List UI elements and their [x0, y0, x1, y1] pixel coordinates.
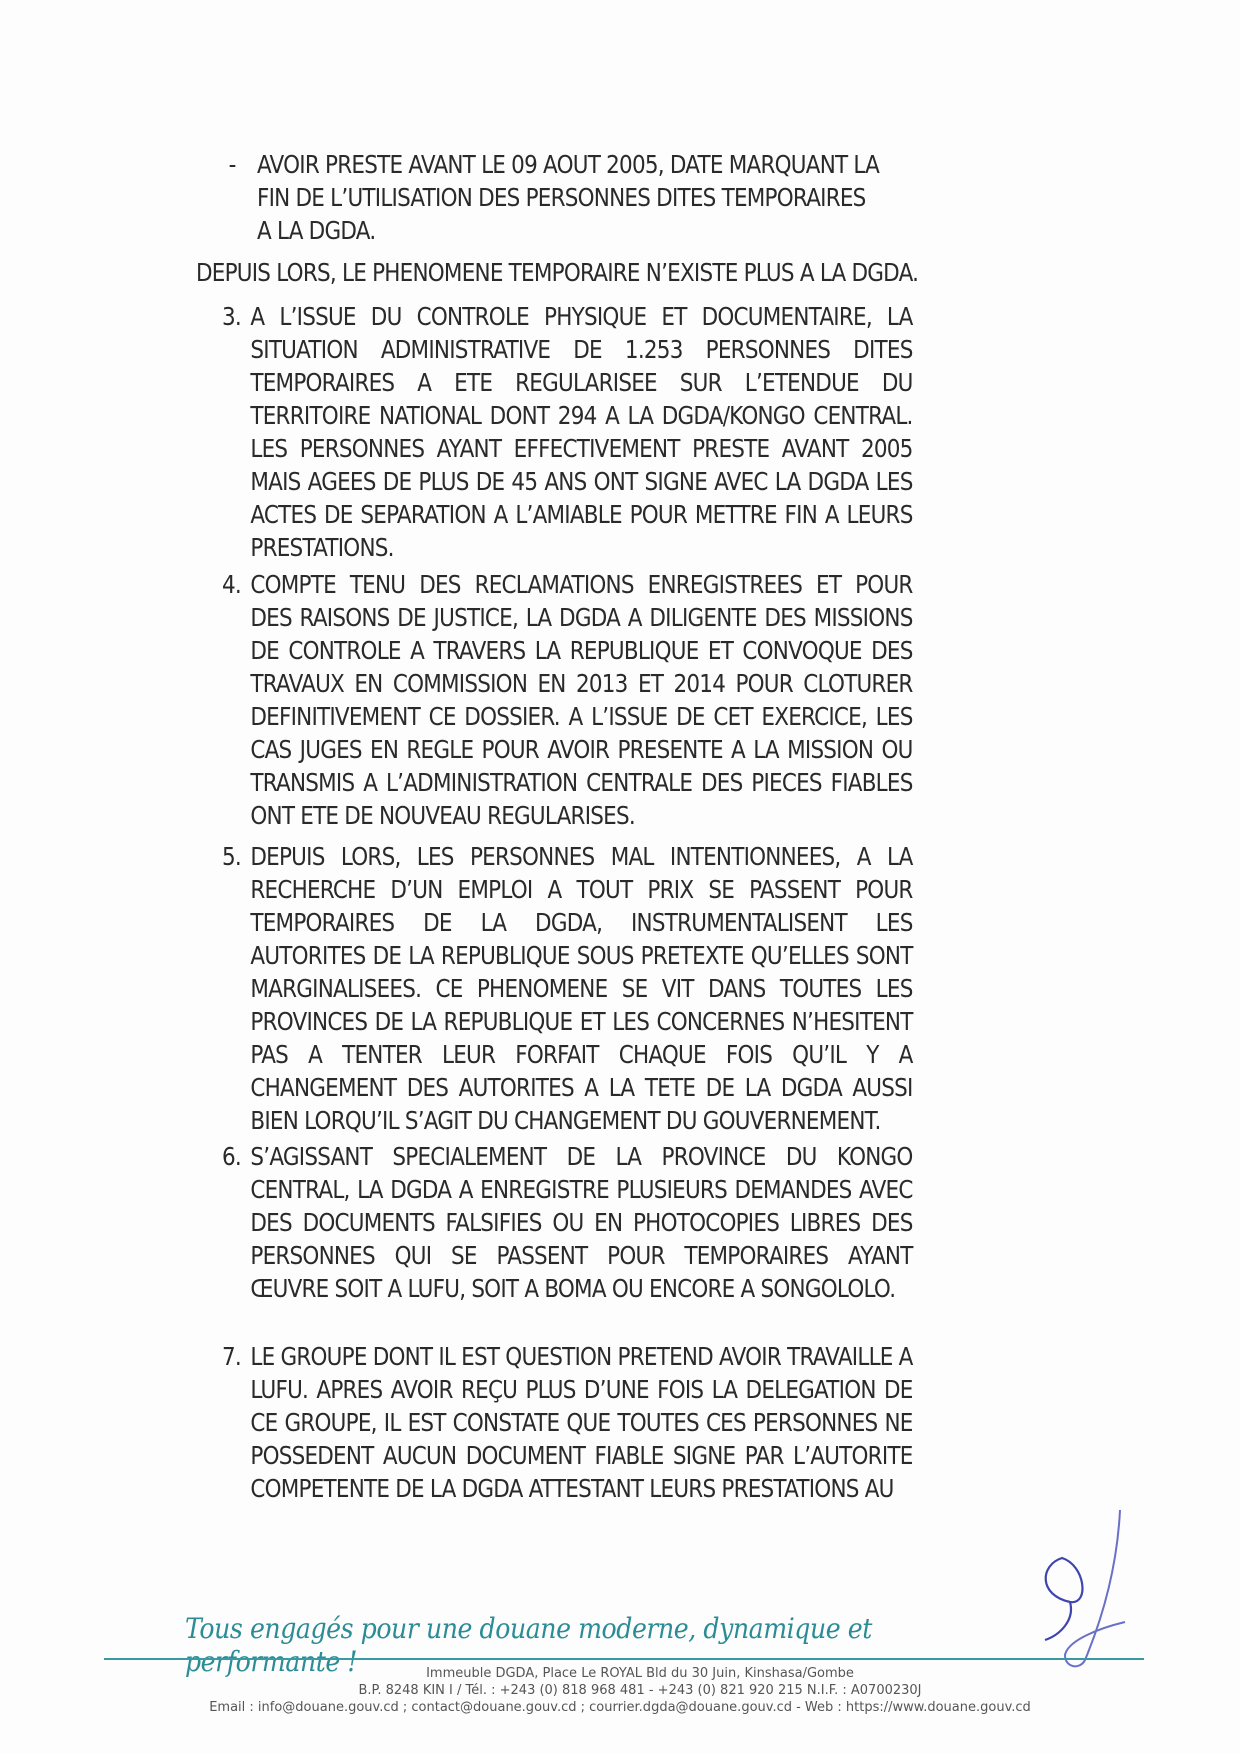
list-item-5: 5. DEPUIS LORS, LES PERSONNES MAL INTENT…	[222, 840, 913, 1137]
bullet-line: FIN DE L’UTILISATION DES PERSONNES DITES…	[257, 181, 919, 214]
list-item-7: 7. LE GROUPE DONT IL EST QUESTION PRETEN…	[222, 1340, 913, 1505]
item-text: DEPUIS LORS, LES PERSONNES MAL INTENTION…	[250, 840, 912, 1137]
list-item-6: 6. S’AGISSANT SPECIALEMENT DE LA PROVINC…	[222, 1140, 913, 1305]
item-number: 6.	[222, 1140, 241, 1173]
item-number: 4.	[222, 568, 241, 601]
footer-divider	[104, 1658, 1144, 1660]
list-item-3: 3. A L’ISSUE DU CONTROLE PHYSIQUE ET DOC…	[222, 300, 913, 564]
bullet-item: - AVOIR PRESTE AVANT LE 09 AOUT 2005, DA…	[257, 148, 919, 247]
item-number: 7.	[222, 1340, 241, 1373]
footer-address: Immeuble DGDA, Place Le ROYAL Bld du 30 …	[0, 1665, 1240, 1682]
footer-phone: B.P. 8248 KIN I / Tél. : +243 (0) 818 96…	[0, 1682, 1240, 1699]
footer-contact: Immeuble DGDA, Place Le ROYAL Bld du 30 …	[0, 1665, 1240, 1716]
item-number: 5.	[222, 840, 241, 873]
document-page: - AVOIR PRESTE AVANT LE 09 AOUT 2005, DA…	[0, 0, 1240, 1753]
list-item-4: 4. COMPTE TENU DES RECLAMATIONS ENREGIST…	[222, 568, 913, 832]
bullet-marker: -	[229, 148, 236, 181]
signature-icon	[1010, 1510, 1150, 1670]
bullet-line: AVOIR PRESTE AVANT LE 09 AOUT 2005, DATE…	[257, 148, 919, 181]
item-text: LE GROUPE DONT IL EST QUESTION PRETEND A…	[250, 1340, 912, 1505]
statement-paragraph: DEPUIS LORS, LE PHENOMENE TEMPORAIRE N’E…	[196, 256, 970, 289]
bullet-line: A LA DGDA.	[257, 214, 919, 247]
item-text: A L’ISSUE DU CONTROLE PHYSIQUE ET DOCUME…	[250, 300, 912, 564]
footer-email: Email : info@douane.gouv.cd ; contact@do…	[0, 1699, 1240, 1716]
item-number: 3.	[222, 300, 241, 333]
item-text: S’AGISSANT SPECIALEMENT DE LA PROVINCE D…	[250, 1140, 912, 1305]
item-text: COMPTE TENU DES RECLAMATIONS ENREGISTREE…	[250, 568, 912, 832]
